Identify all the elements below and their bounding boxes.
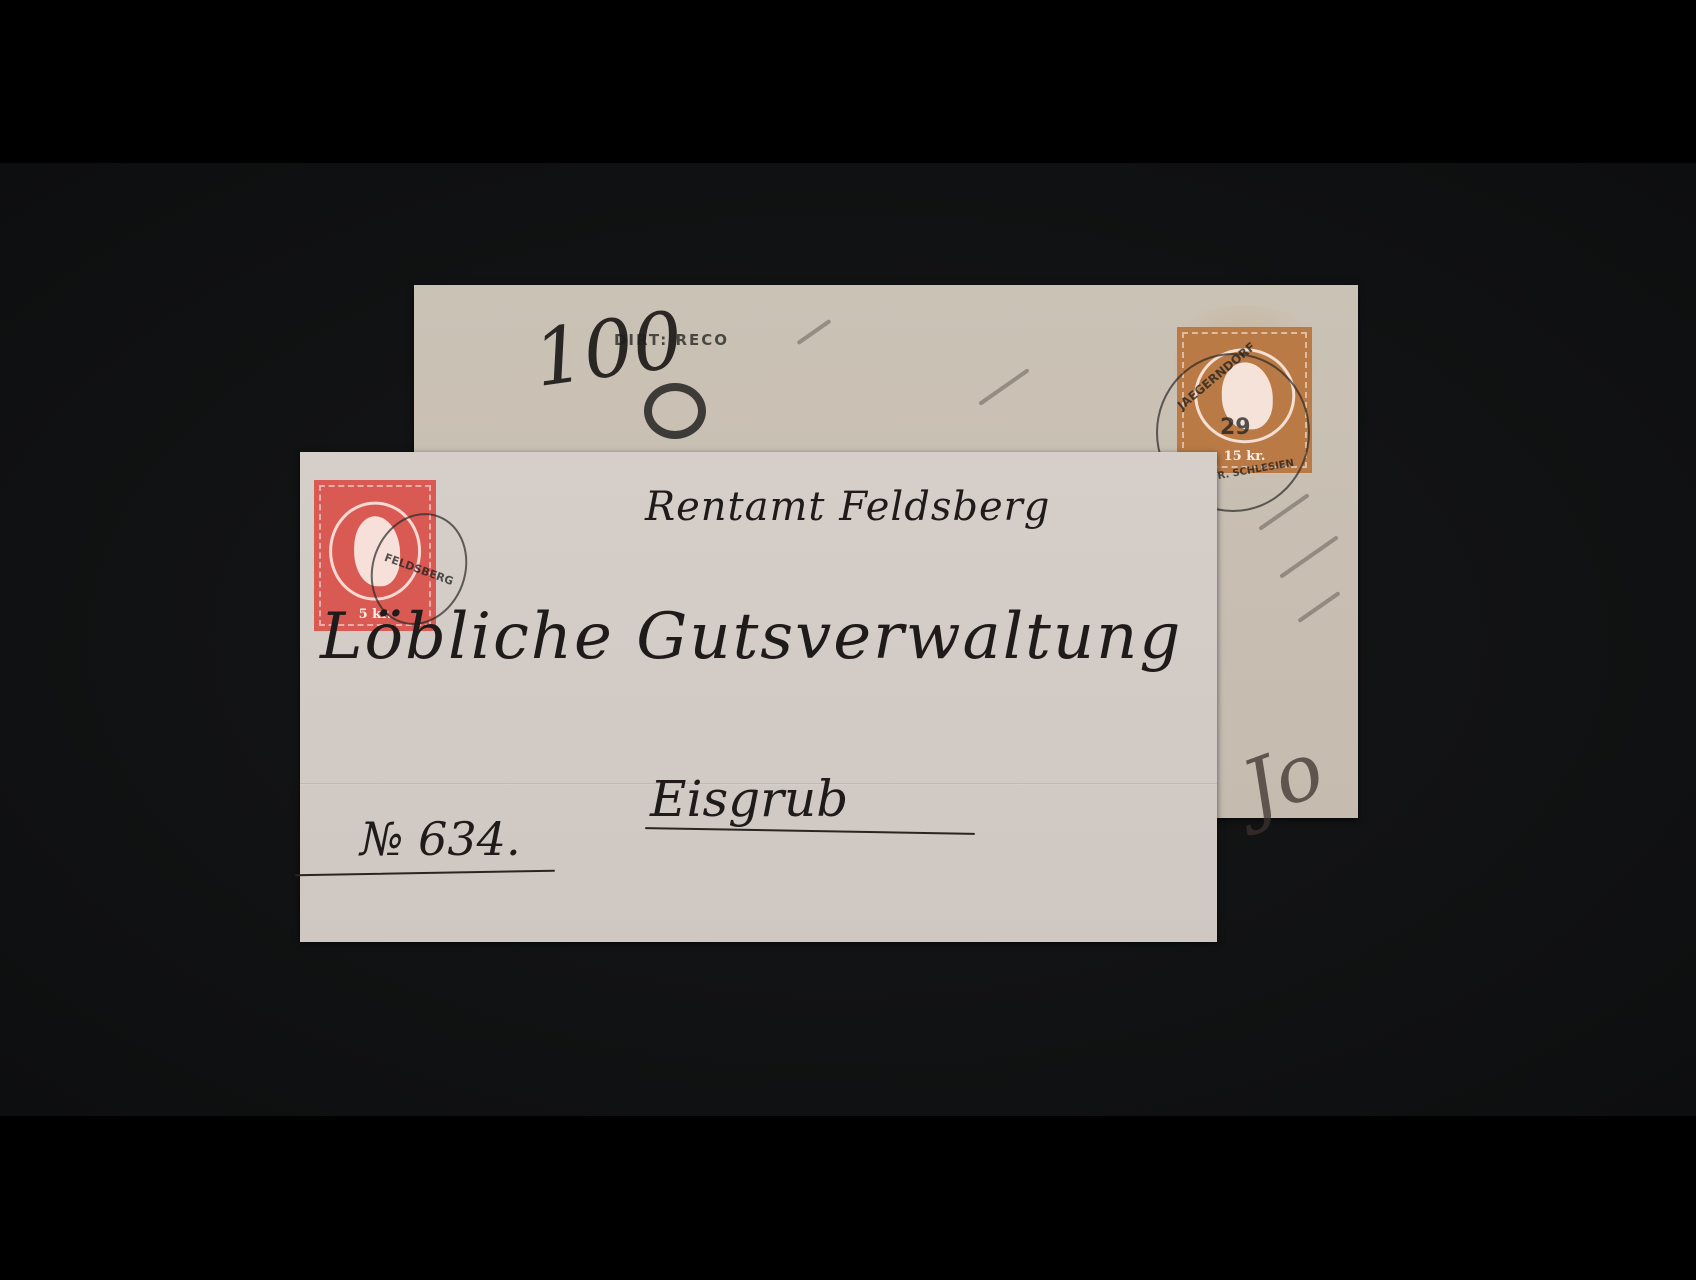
ink-smudge	[978, 368, 1029, 406]
registered-postmark-text: DIRT: RECO	[609, 331, 734, 349]
front-cover: 5 kr. FELDSBERG Rentamt Feldsberg Löblic…	[300, 452, 1217, 942]
postmark-day: 29	[1220, 415, 1251, 440]
addressee-line: Löbliche Gutsverwaltung	[320, 600, 1182, 674]
post-horn-icon	[644, 383, 706, 439]
ink-smudge	[796, 319, 831, 345]
ink-smudge	[1279, 535, 1339, 578]
destination-underline	[645, 827, 975, 835]
sender-line: Rentamt Feldsberg	[645, 484, 1050, 530]
registered-postmark: DIRT: RECO	[609, 325, 734, 460]
reference-number: № 634.	[360, 812, 521, 866]
destination-line: Eisgrub	[650, 770, 848, 828]
reference-underline	[295, 870, 555, 877]
ink-smudge	[1297, 591, 1340, 623]
